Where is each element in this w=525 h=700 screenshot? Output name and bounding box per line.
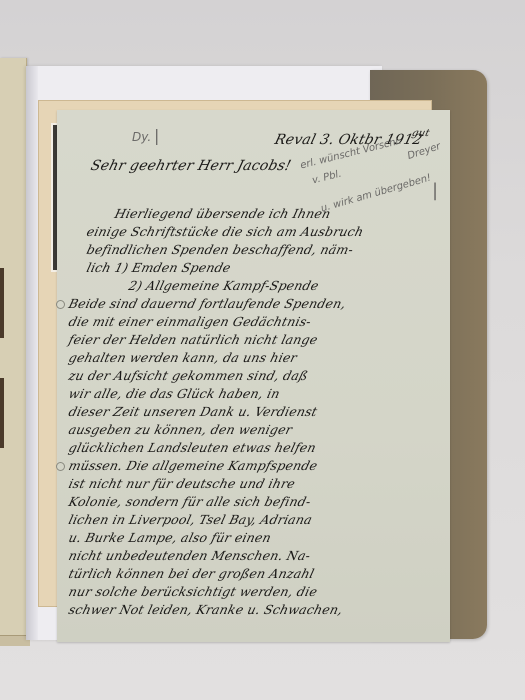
salutation: Sehr geehrter Herr Jacobs! <box>89 158 293 174</box>
letter-line: Kolonie, sondern für alle sich befind- <box>67 494 312 509</box>
pencil-bar: | <box>154 126 159 145</box>
letter-line: Hierliegend übersende ich Ihnen <box>113 206 332 221</box>
letter-line: gehalten werden kann, da uns hier <box>67 350 299 365</box>
letter-line: dieser Zeit unseren Dank u. Verdienst <box>67 404 319 419</box>
letter-line: nur solche berücksichtigt werden, die <box>67 584 319 599</box>
letter-line: feier der Helden natürlich nicht lange <box>67 332 319 347</box>
punch-hole <box>56 462 65 471</box>
letter-line: türlich können bei der großen Anzahl <box>67 566 316 581</box>
letter-line: lich 1) Emden Spende <box>85 260 232 275</box>
punch-hole <box>56 300 65 309</box>
pencil-bar: | <box>432 180 438 201</box>
pencil-annotation: v. Pbl. <box>311 169 343 187</box>
letter-line: ist nicht nur für deutsche und ihre <box>67 476 297 491</box>
photo-edge <box>0 378 4 448</box>
letter-line: die mit einer einmaligen Gedächtnis- <box>67 314 313 329</box>
letter-line: glücklichen Landsleuten etwas helfen <box>67 440 318 455</box>
letter-line: schwer Not leiden, Kranke u. Schwachen, <box>67 602 344 617</box>
letter-line: lichen in Liverpool, Tsel Bay, Adriana <box>67 512 314 527</box>
letter-line: nicht unbedeutenden Menschen. Na- <box>67 548 312 563</box>
letter-line: einige Schriftstücke die sich am Ausbruc… <box>85 224 365 239</box>
letter-line: müssen. Die allgemeine Kampfspende <box>67 458 319 473</box>
pencil-mark: Dy. <box>132 130 151 144</box>
letter-line: wir alle, die das Glück haben, in <box>67 386 282 401</box>
photo-edge <box>0 268 4 338</box>
letter-line: 2) Allgemeine Kampf-Spende <box>127 278 320 293</box>
letter-line: Beide sind dauernd fortlaufende Spenden, <box>67 296 348 311</box>
letter-line: u. Burke Lampe, also für einen <box>67 530 273 545</box>
handwritten-letter: Dy. | Reval 3. Oktbr 1912 gut Sehr geehr… <box>57 110 450 642</box>
letter-line: zu der Aufsicht gekommen sind, daß <box>67 368 310 383</box>
fold-shadow <box>26 66 38 640</box>
dateline-suffix: gut <box>411 128 431 139</box>
left-paper-stack <box>0 58 27 638</box>
letter-line: ausgeben zu können, den weniger <box>67 422 294 437</box>
letter-line: befindlichen Spenden beschaffend, näm- <box>85 242 355 257</box>
